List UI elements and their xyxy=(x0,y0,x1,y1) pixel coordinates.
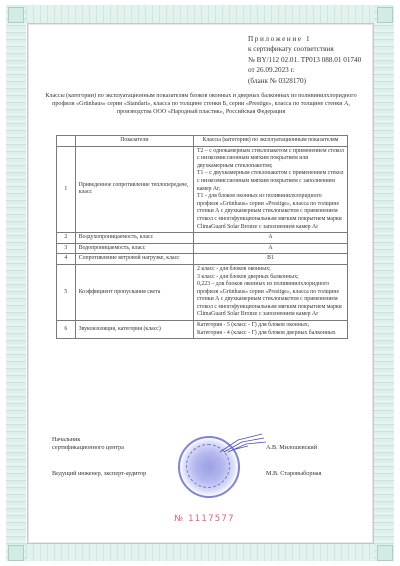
table-row: 6 Звукоизоляция, категория (класс) Катег… xyxy=(57,321,348,339)
value-line: Т1 - для блоков оконных из поливинилхлор… xyxy=(197,193,344,231)
decorative-border-right xyxy=(374,5,394,561)
decorative-border-bottom xyxy=(6,543,394,561)
signature-icon xyxy=(218,432,268,454)
table-row: 3 Водопроницаемость, класс А xyxy=(57,243,348,254)
table-row: 2 Воздухопроницаемость, класс А xyxy=(57,233,348,244)
signatory-role-line: Начальник xyxy=(52,436,124,444)
signatory-1-name: А.В. Милошевский xyxy=(266,444,317,452)
certificate-number: № BY/112 02.01. ТР013 088.01 01740 xyxy=(248,55,378,65)
table-header-row: Показатели Классы (категории) по эксплуа… xyxy=(57,136,348,147)
value-line: 2 класс - для блоков оконных; xyxy=(197,266,344,274)
row-num: 2 xyxy=(57,233,76,244)
corner-ornament-icon xyxy=(377,545,393,561)
value-line: Т2 – с однокамерным стеклопакетом с прим… xyxy=(197,148,344,171)
value-line: 3 класс - для блоков дверных балконных; xyxy=(197,274,344,282)
corner-ornament-icon xyxy=(8,7,24,23)
row-value: А xyxy=(193,233,347,244)
decorative-border-top xyxy=(6,5,394,23)
signatory-2-name: М.В. Старовыборная xyxy=(266,470,321,478)
corner-ornament-icon xyxy=(377,7,393,23)
decorative-border-left xyxy=(6,5,26,561)
value-line: Т1 – с двухкамерным стеклопакетом с прим… xyxy=(197,170,344,193)
value-line: Категория - 4 (класс - Г) для блоков две… xyxy=(197,330,344,338)
row-indicator: Звукоизоляция, категория (класс) xyxy=(75,321,193,339)
corner-ornament-icon xyxy=(8,545,24,561)
serial-number: № 1117577 xyxy=(174,514,235,524)
table-row: 1 Приведенное сопротивление теплопередач… xyxy=(57,146,348,233)
signatory-2-role: Ведущий инженер, эксперт-аудитор xyxy=(52,470,146,478)
row-indicator: Приведенное сопротивление теплопередаче,… xyxy=(75,146,193,233)
intro-paragraph: Классы (категории) по эксплуатационным п… xyxy=(36,92,366,117)
row-value: В1 xyxy=(193,254,347,265)
certificate-page: Приложение 1 к сертификату соответствия … xyxy=(0,0,400,566)
header-num xyxy=(57,136,76,147)
signatory-1-role: Начальник сертификационного центра xyxy=(52,436,124,452)
row-indicator: Воздухопроницаемость, класс xyxy=(75,233,193,244)
appendix-header: Приложение 1 к сертификату соответствия … xyxy=(248,34,378,86)
row-value: Категория - 5 (класс - Г) для блоков око… xyxy=(193,321,347,339)
row-indicator: Коэффициент пропускания света xyxy=(75,264,193,320)
row-indicator: Водопроницаемость, класс xyxy=(75,243,193,254)
table-row: 4 Сопротивление ветровой нагрузке, класс… xyxy=(57,254,348,265)
row-num: 5 xyxy=(57,264,76,320)
row-num: 3 xyxy=(57,243,76,254)
value-line: Категория - 5 (класс - Г) для блоков око… xyxy=(197,322,344,330)
blank-number: (бланк № 0328170) xyxy=(248,76,378,86)
row-num: 6 xyxy=(57,321,76,339)
value-line: 0,223 – для блоков оконных из поливинилх… xyxy=(197,281,344,319)
signatory-role-line: сертификационного центра xyxy=(52,444,124,452)
row-value: Т2 – с однокамерным стеклопакетом с прим… xyxy=(193,146,347,233)
row-num: 4 xyxy=(57,254,76,265)
appendix-line: к сертификату соответствия xyxy=(248,44,378,54)
table-row: 5 Коэффициент пропускания света 2 класс … xyxy=(57,264,348,320)
header-value: Классы (категории) по эксплуатационным п… xyxy=(193,136,347,147)
row-num: 1 xyxy=(57,146,76,233)
appendix-title: Приложение 1 xyxy=(248,34,378,44)
header-indicator: Показатели xyxy=(75,136,193,147)
row-value: 2 класс - для блоков оконных; 3 класс - … xyxy=(193,264,347,320)
certificate-date: от 26.09.2023 г. xyxy=(248,65,378,75)
row-indicator: Сопротивление ветровой нагрузке, класс xyxy=(75,254,193,265)
row-value: А xyxy=(193,243,347,254)
classes-table: Показатели Классы (категории) по эксплуа… xyxy=(56,135,348,339)
